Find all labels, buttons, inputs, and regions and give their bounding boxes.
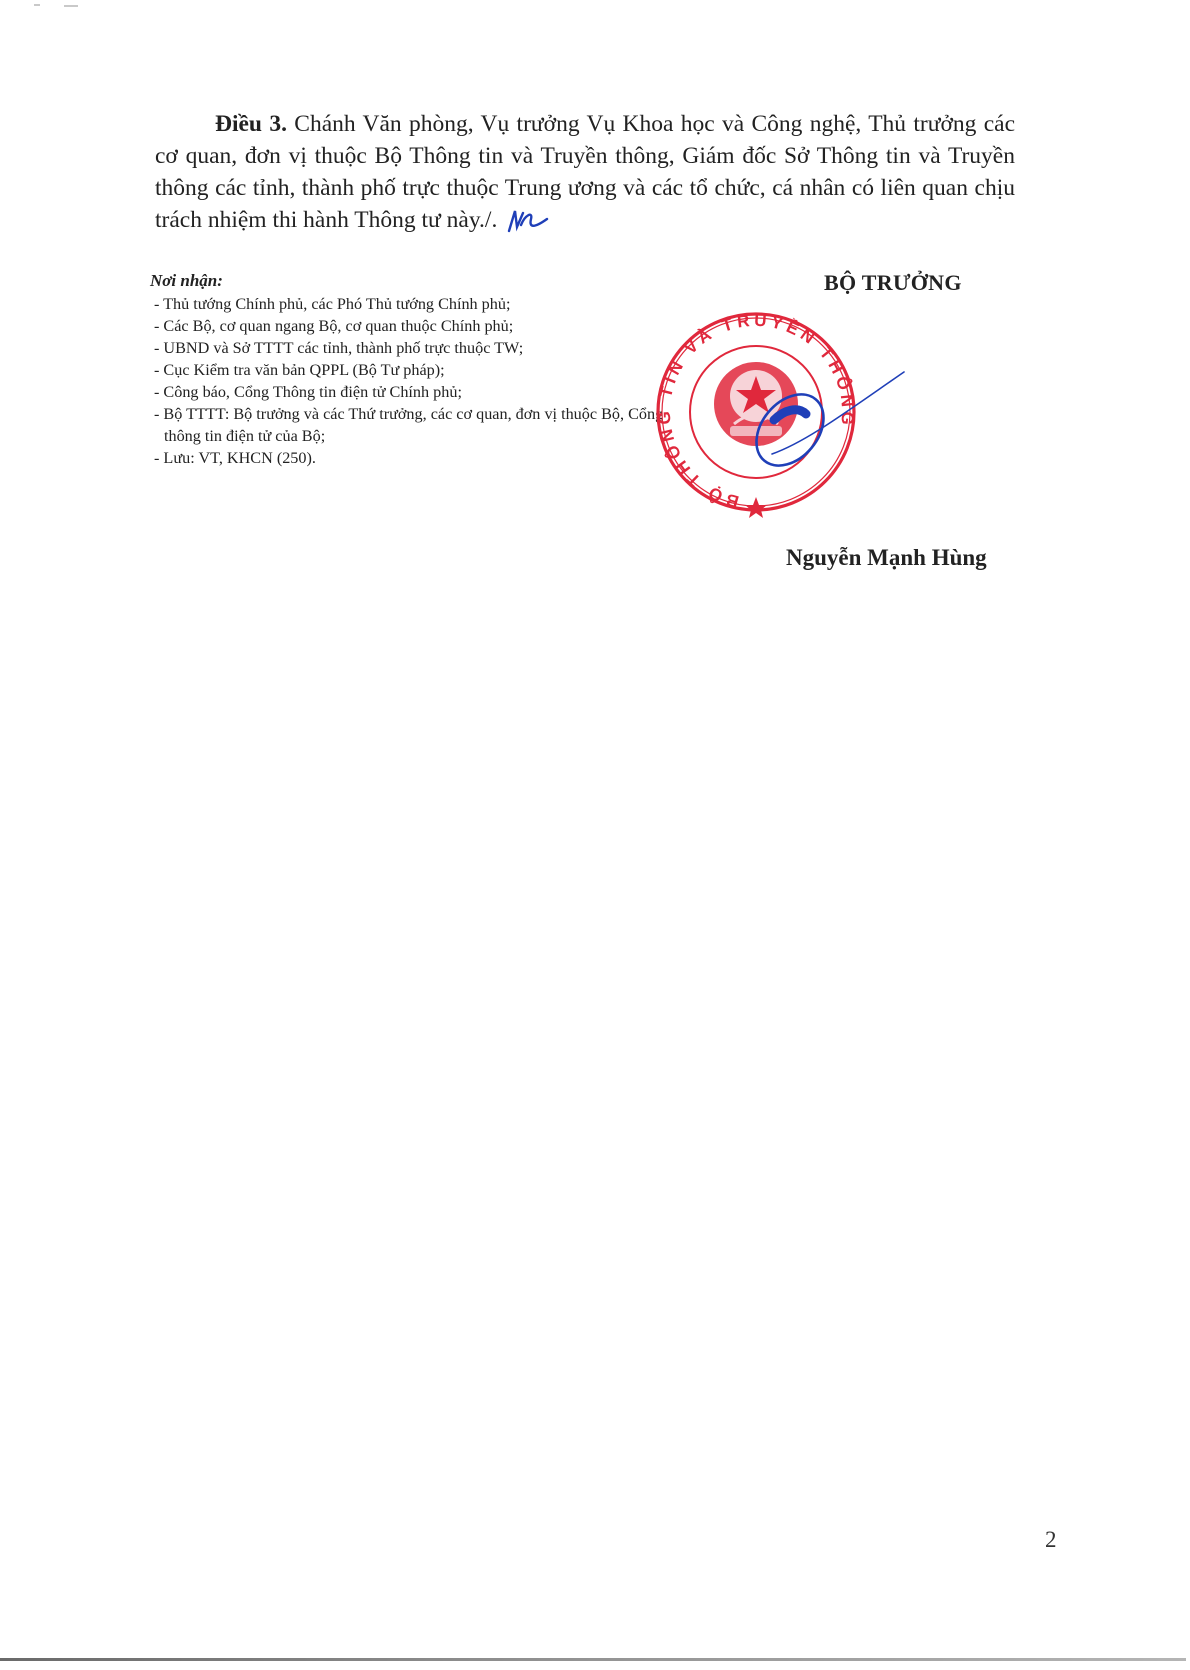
signer-name: Nguyễn Mạnh Hùng (786, 545, 987, 571)
recipient-item: - Cục Kiểm tra văn bản QPPL (Bộ Tư pháp)… (154, 359, 670, 381)
page-bottom-edge (0, 1658, 1186, 1661)
recipients-list: - Thủ tướng Chính phủ, các Phó Thủ tướng… (150, 293, 670, 469)
recipient-item: - Công báo, Cổng Thông tin điện tử Chính… (154, 381, 670, 403)
recipient-item: - Thủ tướng Chính phủ, các Phó Thủ tướng… (154, 293, 670, 315)
article-label: Điều 3. (215, 111, 287, 137)
recipients-block: Nơi nhận: - Thủ tướng Chính phủ, các Phó… (150, 270, 670, 469)
page-number: 2 (1045, 1527, 1057, 1553)
recipient-item: - UBND và Sở TTTT các tỉnh, thành phố tr… (154, 337, 670, 359)
signer-title: BỘ TRƯỞNG (824, 270, 962, 296)
official-stamp-icon: BỘ THÔNG TIN VÀ TRUYỀN THÔNG (656, 302, 906, 532)
recipient-item: - Các Bộ, cơ quan ngang Bộ, cơ quan thuộ… (154, 315, 670, 337)
recipients-heading: Nơi nhận: (150, 270, 670, 292)
recipient-item: - Lưu: VT, KHCN (250). (154, 447, 670, 469)
article-3: Điều 3. Chánh Văn phòng, Vụ trưởng Vụ Kh… (155, 108, 1015, 236)
recipient-item: - Bộ TTTT: Bộ trưởng và các Thứ trưởng, … (154, 403, 670, 447)
article-paragraph: Điều 3. Chánh Văn phòng, Vụ trưởng Vụ Kh… (155, 108, 1015, 236)
scan-artifact (34, 2, 94, 10)
initials-signature-icon (503, 205, 549, 235)
